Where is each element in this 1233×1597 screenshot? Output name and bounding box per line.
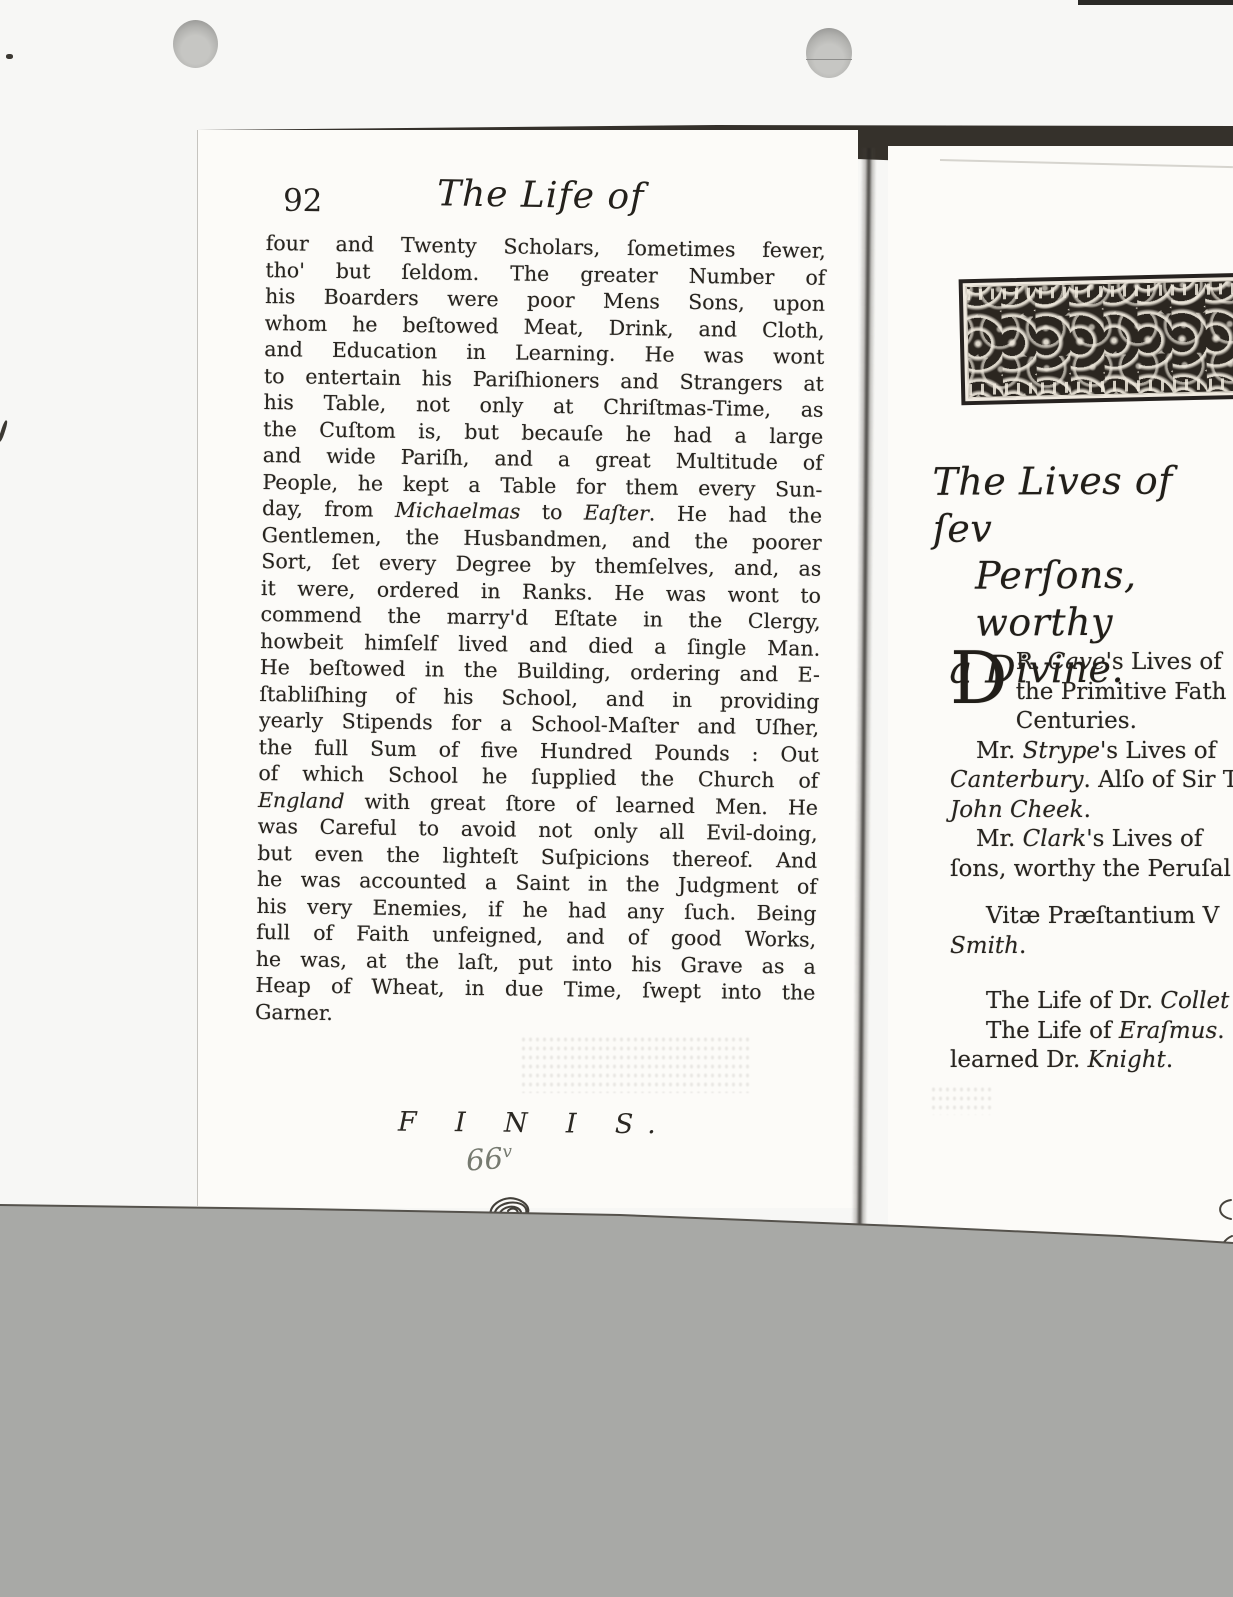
text-line: learned Dr. Knight. (950, 1046, 1233, 1076)
woodcut-headpiece-ornament (959, 273, 1233, 406)
page-edge-line (197, 130, 198, 1206)
ornament-floral-pattern (966, 280, 1233, 398)
page-number: 92 (283, 183, 323, 220)
title-line: Perſons, worthy (975, 551, 1233, 646)
folio-number-suffix: v (502, 1142, 513, 1163)
punch-hole (173, 20, 218, 68)
punch-hole (806, 28, 852, 78)
scan-speck (6, 54, 13, 59)
right-page-body-text: D R. Cave's Lives ofthe Primitive FathCe… (950, 648, 1233, 1076)
text-line: Canterbury. Alſo of Sir T (950, 766, 1233, 796)
text-line: The Life of Eraſmus. (950, 1017, 1233, 1047)
finis-colophon: F I N I S. (398, 1107, 671, 1141)
text-line: Mr. Clark's Lives of (950, 825, 1233, 855)
left-page-body-text: four and Twenty Scholars, ſometimes fewe… (255, 230, 826, 1033)
scanned-book-spread: 92 The Life of four and Twenty Scholars,… (0, 0, 1233, 1597)
ink-show-through (930, 1085, 992, 1115)
text-line: John Cheek. (950, 796, 1233, 826)
text-line: Mr. Strype's Lives of (950, 737, 1233, 767)
title-line: The Lives of ſev (932, 457, 1233, 553)
scan-edge-strip (1078, 0, 1233, 5)
folio-number-text: 66 (465, 1141, 504, 1177)
ink-show-through (520, 1035, 750, 1093)
drop-cap-initial: D (950, 648, 1016, 708)
text-line: The Life of Dr. Collet (950, 987, 1233, 1017)
scan-speck (0, 420, 8, 442)
scanner-bed-background (0, 1195, 1233, 1597)
running-title: The Life of (437, 173, 645, 218)
handwritten-folio-number: 66v (465, 1140, 514, 1177)
text-line: Vitæ Præſtantium V (950, 902, 1233, 932)
text-line: Smith. (950, 932, 1233, 962)
text-line: ſons, worthy the Peruſal (950, 855, 1233, 885)
